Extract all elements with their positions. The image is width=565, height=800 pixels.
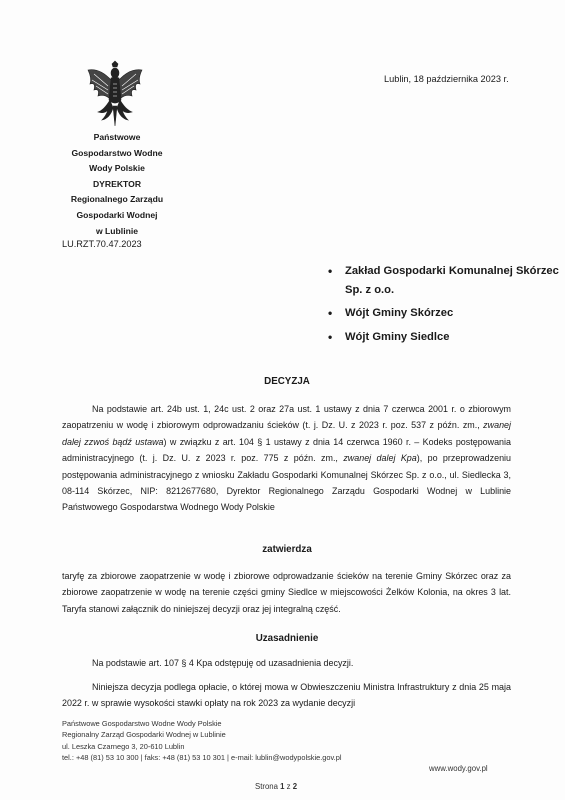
polish-eagle-emblem-icon bbox=[86, 60, 144, 128]
justification-text: Na podstawie art. 107 § 4 Kpa odstępuję … bbox=[92, 658, 353, 668]
justification-paragraph-2: Niniejsza decyzja podlega opłacie, o któ… bbox=[62, 679, 511, 712]
authority-line: w Lublinie bbox=[62, 224, 172, 240]
footer-line: tel.: +48 (81) 53 10 300 | faks: +48 (81… bbox=[62, 752, 341, 763]
recipient-name: Zakład Gospodarki Komunalnej Skórzec Sp.… bbox=[345, 262, 560, 299]
recipients-list: Zakład Gospodarki Komunalnej Skórzec Sp.… bbox=[328, 262, 560, 351]
issuing-authority: Państwowe Gospodarstwo Wodne Wody Polski… bbox=[62, 130, 172, 239]
recipient-item: Wójt Gminy Skórzec bbox=[328, 304, 560, 323]
approves-heading: zatwierdza bbox=[62, 544, 512, 555]
recipient-item: Zakład Gospodarki Komunalnej Skórzec Sp.… bbox=[328, 262, 560, 299]
decision-intro-paragraph: Na podstawie art. 24b ust. 1, 24c ust. 2… bbox=[62, 401, 511, 516]
intro-text: Na podstawie art. 24b ust. 1, 24c ust. 2… bbox=[62, 404, 511, 430]
authority-line: Gospodarstwo Wodne bbox=[62, 146, 172, 162]
authority-line: Gospodarki Wodnej bbox=[62, 208, 172, 224]
page-label: Strona bbox=[255, 782, 278, 791]
recipient-name: Wójt Gminy Siedlce bbox=[345, 331, 449, 343]
intro-text-italic: zwanej dalej Kpa bbox=[343, 453, 416, 463]
page-total: 2 bbox=[293, 782, 297, 791]
footer-line: Regionalny Zarząd Gospodarki Wodnej w Lu… bbox=[62, 729, 341, 740]
document-page: Państwowe Gospodarstwo Wodne Wody Polski… bbox=[0, 0, 565, 800]
page-of: z bbox=[287, 782, 291, 791]
approval-paragraph: taryfę za zbiorowe zaopatrzenie w wodę i… bbox=[62, 568, 511, 617]
footer-address-block: Państwowe Gospodarstwo Wodne Wody Polski… bbox=[62, 718, 341, 764]
authority-line: Państwowe bbox=[62, 130, 172, 146]
decision-title: DECYZJA bbox=[62, 376, 512, 387]
authority-line: Wody Polskie bbox=[62, 161, 172, 177]
recipient-name: Wójt Gminy Skórzec bbox=[345, 307, 453, 319]
footer-line: Państwowe Gospodarstwo Wodne Wody Polski… bbox=[62, 718, 341, 729]
footer-line: ul. Leszka Czarnego 3, 20-610 Lublin bbox=[62, 741, 341, 752]
page-current: 1 bbox=[280, 782, 284, 791]
justification-paragraph-1: Na podstawie art. 107 § 4 Kpa odstępuję … bbox=[62, 655, 511, 671]
page-number: Strona 1 z 2 bbox=[255, 782, 297, 791]
authority-line: Regionalnego Zarządu bbox=[62, 192, 172, 208]
authority-line: DYREKTOR bbox=[62, 177, 172, 193]
justification-text: Niniejsza decyzja podlega opłacie, o któ… bbox=[62, 682, 511, 708]
recipient-item: Wójt Gminy Siedlce bbox=[328, 328, 560, 347]
case-reference-number: LU.RZT.70.47.2023 bbox=[62, 239, 142, 249]
justification-title: Uzasadnienie bbox=[62, 633, 512, 644]
document-date: Lublin, 18 października 2023 r. bbox=[384, 74, 509, 84]
footer-website: www.wody.gov.pl bbox=[429, 764, 488, 773]
